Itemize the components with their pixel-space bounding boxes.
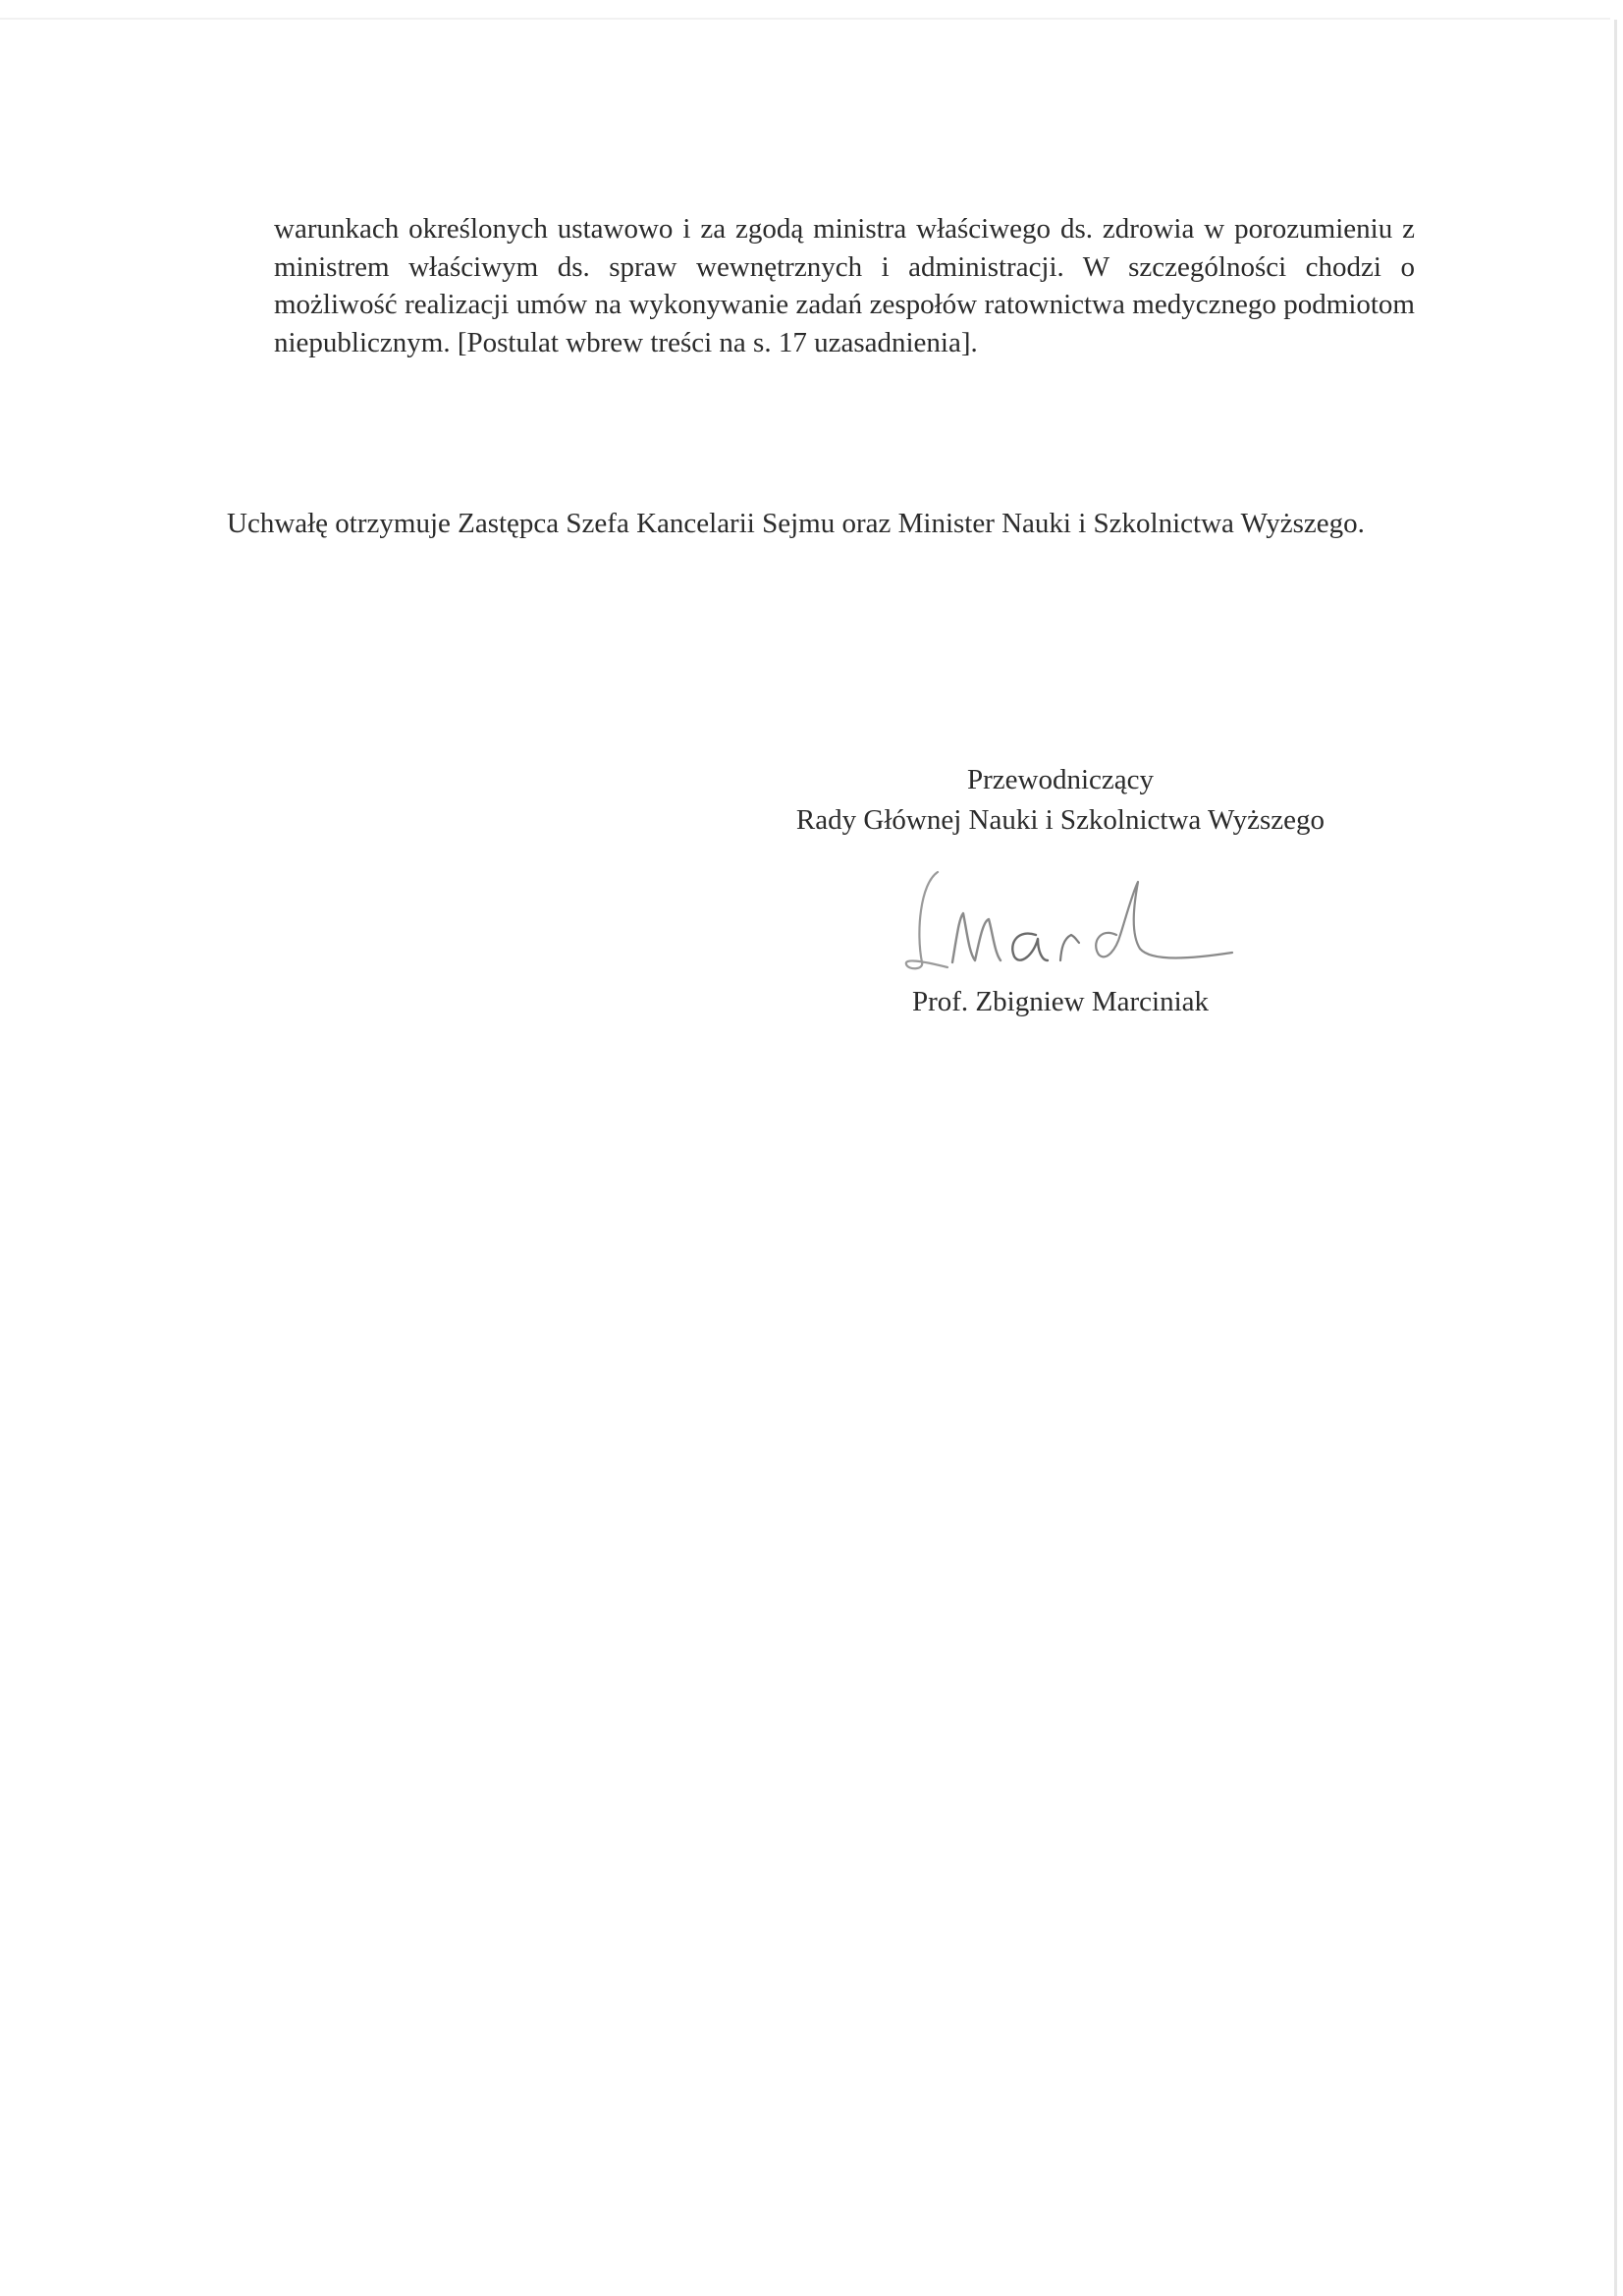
- signatory-organization: Rady Głównej Nauki i Szkolnictwa Wyższeg…: [727, 800, 1394, 841]
- scan-edge-right: [1614, 20, 1617, 2296]
- scan-edge-top: [0, 18, 1610, 20]
- signer-name: Prof. Zbigniew Marciniak: [727, 982, 1394, 1022]
- signature-block: Przewodniczący Rady Głównej Nauki i Szko…: [727, 760, 1394, 841]
- handwritten-signature-icon: [898, 864, 1252, 977]
- signatory-title: Przewodniczący: [727, 760, 1394, 800]
- recipients-paragraph: Uchwałę otrzymuje Zastępca Szefa Kancela…: [227, 505, 1415, 543]
- continued-paragraph: warunkach określonych ustawowo i za zgod…: [274, 210, 1415, 361]
